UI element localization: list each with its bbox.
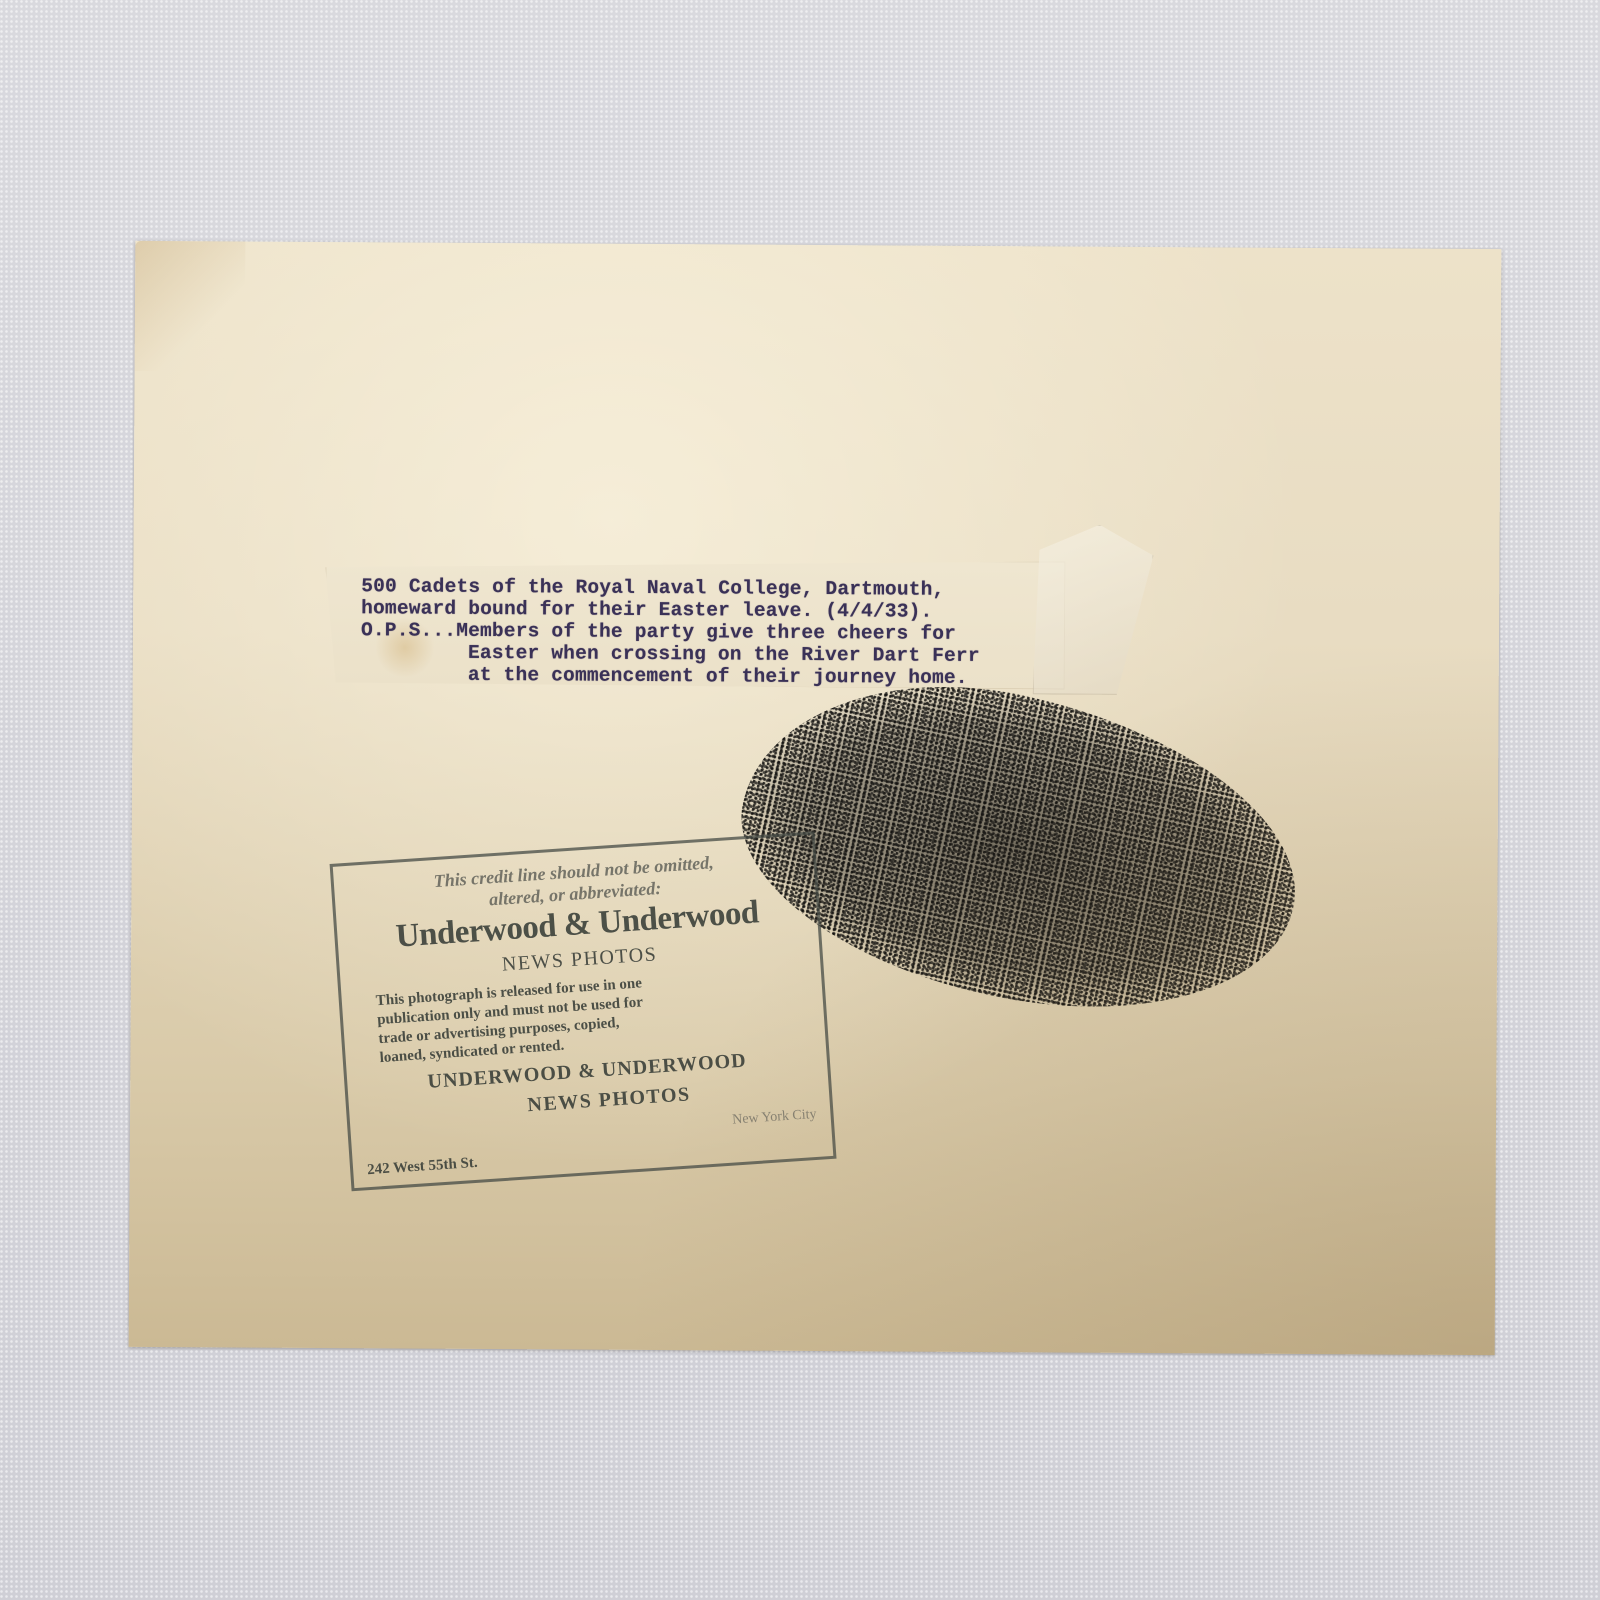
stamp-city: New York City (732, 1107, 817, 1129)
credit-stamp: This credit line should not be omitted, … (330, 831, 837, 1191)
typed-caption-strip: 500 Cadets of the Royal Naval College, D… (325, 557, 1066, 690)
stamp-address: 242 West 55th St. (367, 1155, 478, 1179)
caption-text: 500 Cadets of the Royal Naval College, D… (361, 575, 981, 689)
caption-line: at the commencement of their journey hom… (361, 663, 968, 689)
photo-card-back: 500 Cadets of the Royal Naval College, D… (129, 241, 1502, 1355)
adhesive-tape (1033, 524, 1154, 695)
